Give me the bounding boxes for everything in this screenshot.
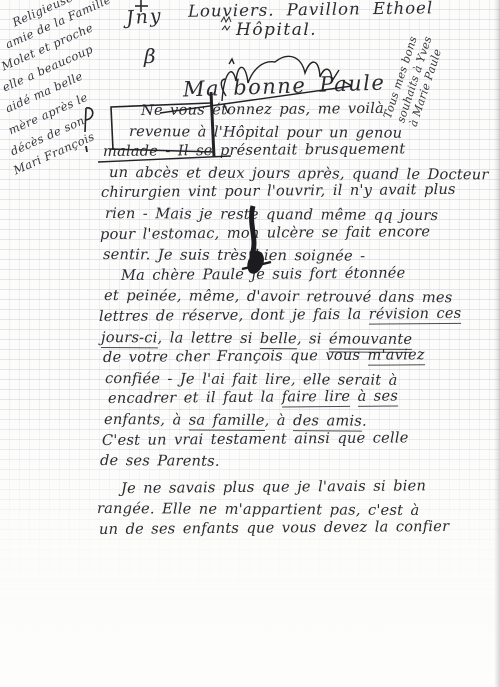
letter-line: Ne vous étonnez pas, me voilà (141, 98, 477, 122)
text-segment: Ne vous étonnez pas, me voilà (141, 100, 384, 119)
text-segment: enfants, à (104, 411, 189, 429)
header-institution: Hôpital. (236, 20, 317, 40)
underlined-text: m'aviez (367, 346, 424, 365)
text-segment: lettres de réserve, dont je fais la (99, 306, 369, 325)
underlined-text: faire lire (282, 388, 351, 408)
underlined-text: révision ces (369, 305, 462, 325)
letter-line: Je ne savais plus que je l'avais si bien (121, 476, 477, 500)
letter-body: Ne vous étonnez pas, me voilàrevenue à l… (97, 101, 477, 540)
text-segment: confiée - Je l'ai fait lire, elle serait… (105, 370, 398, 389)
letter-line: de ses Parents. (100, 451, 477, 474)
letter-line: pour l'estomac, mon ulcère se fait encor… (100, 221, 477, 245)
letter-line: lettres de réserve, dont je fais la révi… (99, 304, 477, 328)
salutation: Ma bonne Paule (183, 70, 386, 101)
text-segment: , si (297, 330, 329, 347)
text-segment: Je ne savais plus que je l'avais si bien (121, 477, 426, 497)
letter-line: malade - Il se présentait brusquement (103, 139, 477, 163)
underlined-text: jours-ci (101, 329, 158, 348)
header-location: Louviers. Pavillon Ethoel (188, 0, 433, 21)
text-segment: C'est un vrai testament ainsi que celle (102, 429, 409, 449)
text-segment: de votre cher François que vous (103, 347, 368, 366)
letter-line: Ma chère Paule je suis fort étonnée (121, 263, 477, 287)
letter-line: un de ses enfants que vous devez la conf… (99, 517, 477, 541)
underlined-text: à ses (357, 388, 398, 407)
scan-edge-shadow (494, 0, 500, 687)
text-segment: de ses Parents. (100, 452, 220, 470)
text-segment: un de ses enfants que vous devez la conf… (99, 518, 449, 538)
text-segment: rangée. Elle ne m'appartient pas, c'est … (97, 500, 420, 519)
text-segment (350, 388, 357, 405)
text-segment: chirurgien vint pour l'ouvrir, il n'y av… (101, 181, 456, 201)
text-segment: , à (265, 412, 294, 429)
text-segment: encadrer et il faut la (108, 389, 282, 408)
text-segment: malade - Il se présentait brusquement (103, 141, 406, 161)
letter-line: de votre cher François que vous m'aviez (103, 345, 477, 369)
letter-line: encadrer et il faut la faire lire à ses (108, 386, 477, 410)
text-segment: revenue à l'Hôpital pour un genou (129, 123, 402, 142)
text-segment: . (362, 412, 367, 429)
text-segment: sentir. Je suis très bien soignée - (103, 246, 365, 265)
underlined-text: sa famille (189, 411, 265, 430)
flourish-glyph: β (144, 44, 156, 68)
text-segment: , la lettre si (158, 329, 260, 347)
text-segment: rien - Mais je reste quand même qq jours (105, 205, 438, 224)
initials-mark: Jny (125, 5, 163, 29)
letter-line: chirurgien vint pour l'ouvrir, il n'y av… (101, 180, 477, 204)
letter-page: Religieuseamie de la FamilleMolet et pro… (0, 0, 500, 687)
letter-line: C'est un vrai testament ainsi que celle (102, 427, 477, 451)
text-segment: pour l'estomac, mon ulcère se fait encor… (100, 223, 430, 243)
text-segment: Ma chère Paule je suis fort étonnée (121, 264, 406, 283)
